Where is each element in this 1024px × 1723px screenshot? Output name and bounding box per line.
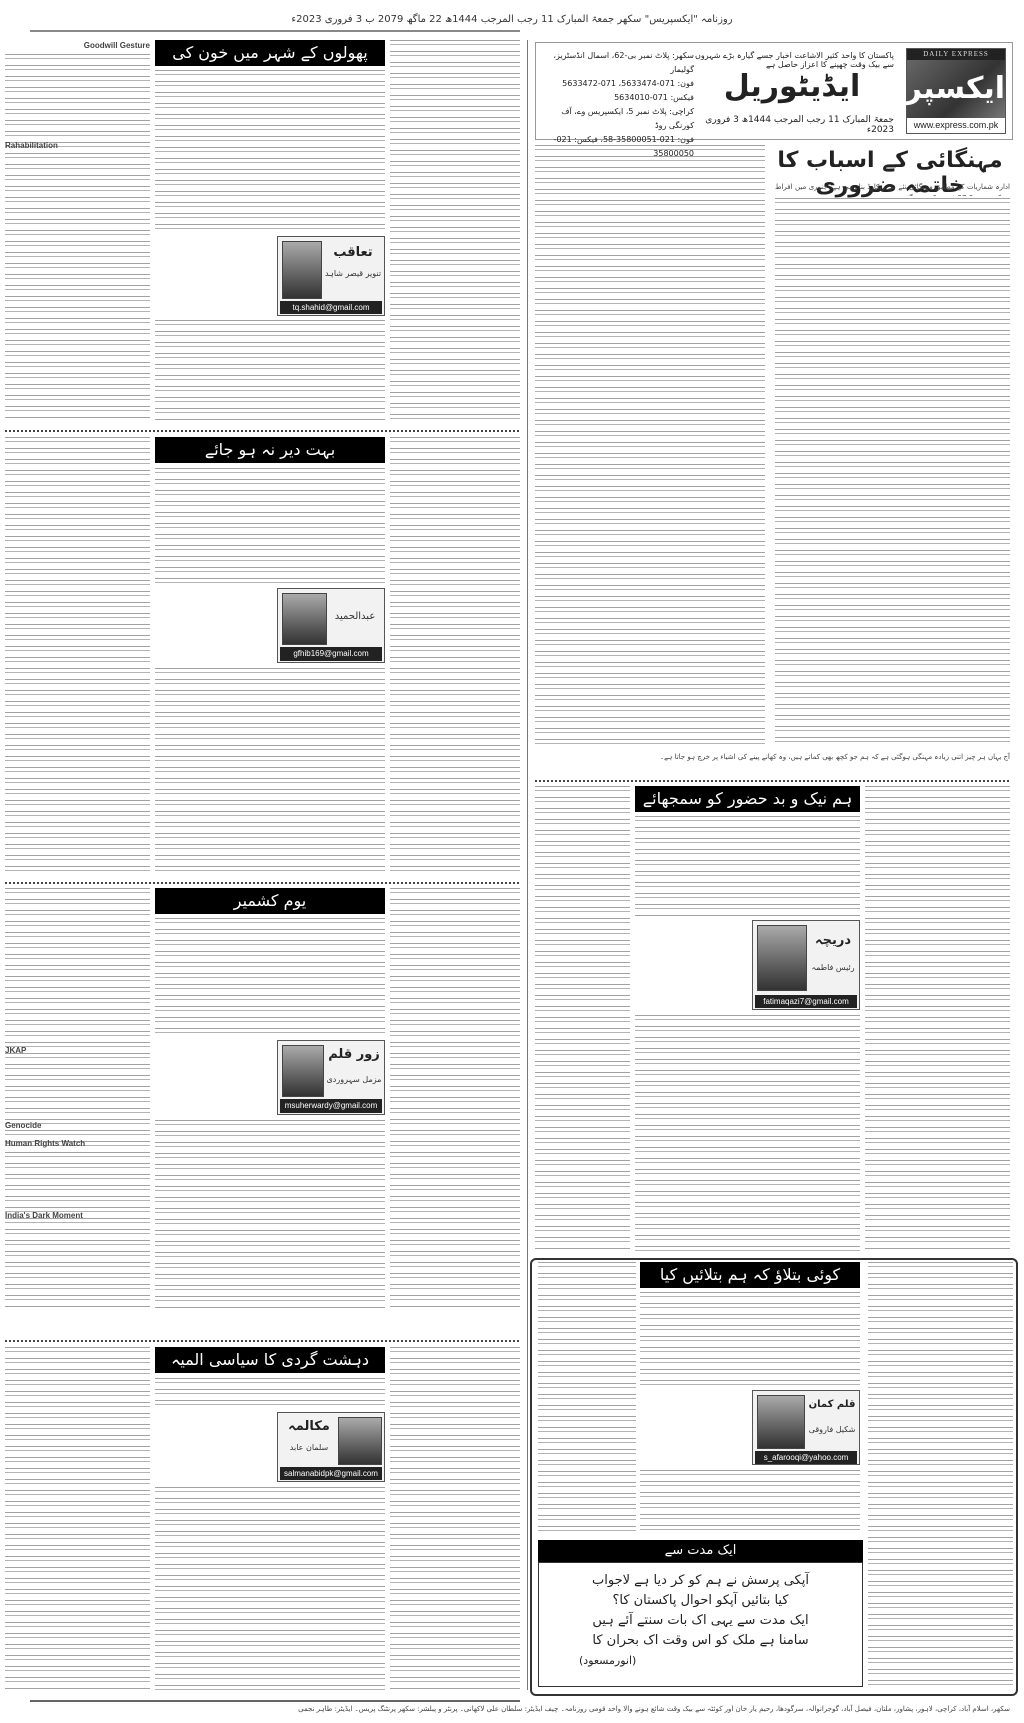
column-name: زور قلم [326,1047,382,1062]
author-email[interactable]: s_afarooqi@yahoo.com [755,1451,857,1464]
column-body [390,437,520,877]
editorial-excerpt: ادارہ شماریات کے مطابق مہنگائی نئے نئے ر… [775,182,1010,196]
author-photo [282,241,322,299]
author-email[interactable]: msuherwardy@gmail.com [280,1099,382,1113]
column-title-banner: پھولوں کے شہر میں خون کی ندیاں [155,40,385,66]
author-name: شکیل فاروقی [807,1425,857,1434]
column-title-banner: بہت دیر نہ ہو جائے [155,437,385,463]
columnist-box: دریچہ رئیس فاطمہ fatimaqazi7@gmail.com [752,920,860,1010]
poem-line: سامنا ہے ملک کو اس وقت اک بحران کا [539,1631,862,1651]
editorial-body-right [775,198,1010,748]
poet-name: (انورمسعود) [539,1651,862,1671]
inline-english: JKAP [5,1045,65,1057]
column-body [155,1378,385,1408]
column-body [635,1015,860,1251]
column-body [5,888,150,1308]
masthead: DAILY EXPRESS ایکسپریس www.express.com.p… [535,42,1013,140]
author-name: عبدالحمید [328,611,382,622]
column-name: مکالمہ [282,1419,336,1434]
author-name: سلمان عابد [282,1443,336,1452]
column-name: دریچہ [809,933,857,948]
column-body [155,918,385,1033]
column-body [155,70,385,235]
column-title-banner: دہشت گردی کا سیاسی المیہ [155,1347,385,1373]
top-rule [30,30,520,32]
section-divider [535,780,1010,782]
columnist-box: تعاقب تنویر قیصر شاہد tq.shahid@gmail.co… [277,236,385,316]
column-body [538,1262,636,1532]
columnist-box: زور قلم مزمل سہروردی msuherwardy@gmail.c… [277,1040,385,1115]
contact-line: کراچی: پلاٹ نمبر 5، ایکسپریس وے، آف کورن… [544,105,694,133]
column-title-banner: ہم نیک و بد حضور کو سمجھائے جاتے ہیں [635,786,860,812]
column-body [155,1120,385,1308]
author-photo [282,1045,324,1097]
column-body [535,786,630,1251]
editorial-closing: آج یہاں ہر چیز اتنی زیادہ مہنگی ہوگئی ہے… [535,752,1010,774]
column-body [390,888,520,1308]
masthead-date: جمعۃ المبارک 11 رجب المرجب 1444ھ 3 فروری… [694,115,894,135]
column-body [5,1347,150,1692]
column-title-banner: یوم کشمیر [155,888,385,914]
column-body [155,1487,385,1692]
author-email[interactable]: gfhib169@gmail.com [280,647,382,661]
author-photo [757,1395,805,1449]
column-body [390,1347,520,1692]
author-email[interactable]: tq.shahid@gmail.com [280,301,382,314]
contact-line: فون: 071-5633474، 071-5633472 [544,77,694,91]
page-divider [527,40,528,1690]
author-email[interactable]: fatimaqazi7@gmail.com [755,995,857,1008]
column-body [635,816,860,916]
columnist-box: عبدالحمید gfhib169@gmail.com [277,588,385,663]
poem-line: کیا بتائیں آپکو احوال پاکستان کا؟ [539,1591,862,1611]
section-divider [5,882,520,884]
columnist-box: مکالمہ سلمان عابد salmanabidpk@gmail.com [277,1412,385,1482]
column-name: تعاقب [324,245,382,260]
footer-rule [30,1700,520,1702]
author-name: مزمل سہروردی [326,1075,382,1084]
column-body [640,1470,860,1532]
section-divider [5,1340,520,1342]
logo-top-text: DAILY EXPRESS [907,49,1005,60]
author-photo [338,1417,382,1465]
column-body [155,468,385,583]
logo-mark: ایکسپریس [907,60,1005,118]
editorial-body-left [535,145,765,745]
poem-line: ایک مدت سے یہی اک بات سنتے آئے ہیں [539,1611,862,1631]
contact-line: فیکس: 071-5634010 [544,91,694,105]
imprint-footer: سکھر، اسلام آباد، کراچی، لاہور، پشاور، م… [20,1705,1010,1713]
column-body [155,668,385,876]
columnist-box: قلم کمان شکیل فاروقی s_afarooqi@yahoo.co… [752,1390,860,1465]
inline-english: India's Dark Moment [5,1210,150,1222]
inline-english: Human Rights Watch [5,1138,150,1150]
column-body [5,54,150,419]
author-name: رئیس فاطمہ [809,963,857,972]
column-body [868,1262,1013,1690]
poem-box: آپکی پرسش نے ہم کو کر دیا ہے لاجواب کیا … [538,1562,863,1687]
column-body [865,786,1010,1251]
poem-title: ایک مدت سے [538,1540,863,1562]
column-body [155,320,385,420]
column-body [5,437,150,877]
masthead-tagline: پاکستان کا واحد کثیر الاشاعت اخبار جسے گ… [694,51,894,69]
author-email[interactable]: salmanabidpk@gmail.com [280,1467,382,1480]
column-name: قلم کمان [807,1399,857,1410]
author-name: تنویر قیصر شاہد [324,269,382,278]
masthead-title: ایڈیٹوریل [722,69,862,104]
dateline: روزنامہ "ایکسپریس" سکھر جمعۃ المبارک 11 … [0,14,1024,25]
inline-english: Rahabilitation [5,140,150,152]
author-photo [757,925,807,991]
author-photo [282,593,327,645]
column-body [390,40,520,420]
poem-line: آپکی پرسش نے ہم کو کر دیا ہے لاجواب [539,1571,862,1591]
inline-english: Genocide [5,1120,150,1132]
section-divider [5,430,520,432]
contact-line: سکھر: پلاٹ نمبر بی-62، اسمال انڈسٹریز، گ… [544,49,694,77]
express-logo: DAILY EXPRESS ایکسپریس www.express.com.p… [906,48,1006,134]
column-body [640,1292,860,1387]
inline-english: Goodwill Gesture [5,40,150,52]
logo-url[interactable]: www.express.com.pk [907,118,1005,133]
column-title-banner: کوئی بتلاؤ کہ ہم بتلائیں کیا [640,1262,860,1288]
